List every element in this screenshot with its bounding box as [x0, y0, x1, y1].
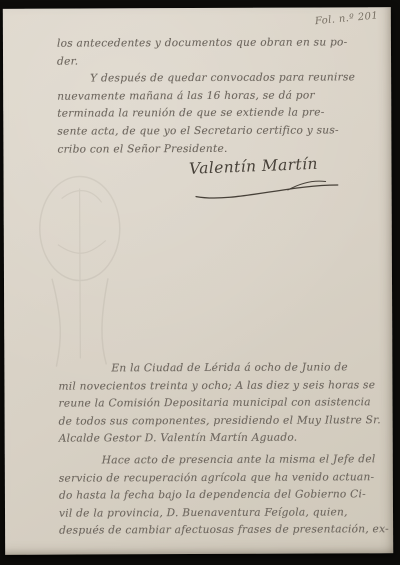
- signature-name: Valentín Martín: [189, 155, 319, 178]
- handwritten-line: Y después de quedar convocados para reun…: [57, 69, 373, 88]
- signature-block: Valentín Martín: [189, 153, 351, 211]
- scanned-document-photo: Fol. n.º 201 los antecedentes y document…: [0, 0, 400, 565]
- handwritten-line: Hace acto de presencia ante la misma el …: [59, 451, 375, 470]
- handwritten-line: nuevamente mañana á las 16 horas, se dá …: [57, 87, 373, 106]
- handwritten-line: terminada la reunión de que se extiende …: [57, 105, 373, 124]
- handwritten-line: vil de la provincia, D. Buenaventura Feí…: [59, 504, 375, 523]
- paper-watermark-crest: [21, 158, 142, 379]
- manuscript-page: Fol. n.º 201 los antecedentes y document…: [3, 7, 393, 555]
- handwritten-line: Alcalde Gestor D. Valentín Martín Aguado…: [59, 430, 375, 449]
- handwritten-line: los antecedentes y documentos que obran …: [57, 34, 373, 53]
- closing-text-block: los antecedentes y documentos que obran …: [57, 34, 374, 159]
- handwritten-line: servicio de recuperación agrícola que ha…: [59, 469, 375, 488]
- handwritten-line: de todos sus componentes, presidiendo el…: [59, 412, 375, 431]
- new-act-text-block: En la Ciudad de Lérida á ocho de Junio d…: [58, 359, 375, 540]
- handwritten-line: En la Ciudad de Lérida á ocho de Junio d…: [58, 359, 374, 378]
- handwritten-line: después de cambiar afectuosas frases de …: [59, 522, 375, 541]
- handwritten-line: der.: [57, 52, 373, 71]
- folio-number: Fol. n.º 201: [314, 10, 378, 27]
- handwritten-line: reune la Comisión Depositaria municipal …: [58, 394, 374, 413]
- handwritten-line: do hasta la fecha bajo la dependencia de…: [59, 486, 375, 505]
- handwritten-line: mil novecientos treinta y ocho; A las di…: [58, 377, 374, 396]
- signature-flourish: [191, 175, 342, 207]
- handwritten-line: sente acta, de que yo el Secretario cert…: [57, 122, 373, 141]
